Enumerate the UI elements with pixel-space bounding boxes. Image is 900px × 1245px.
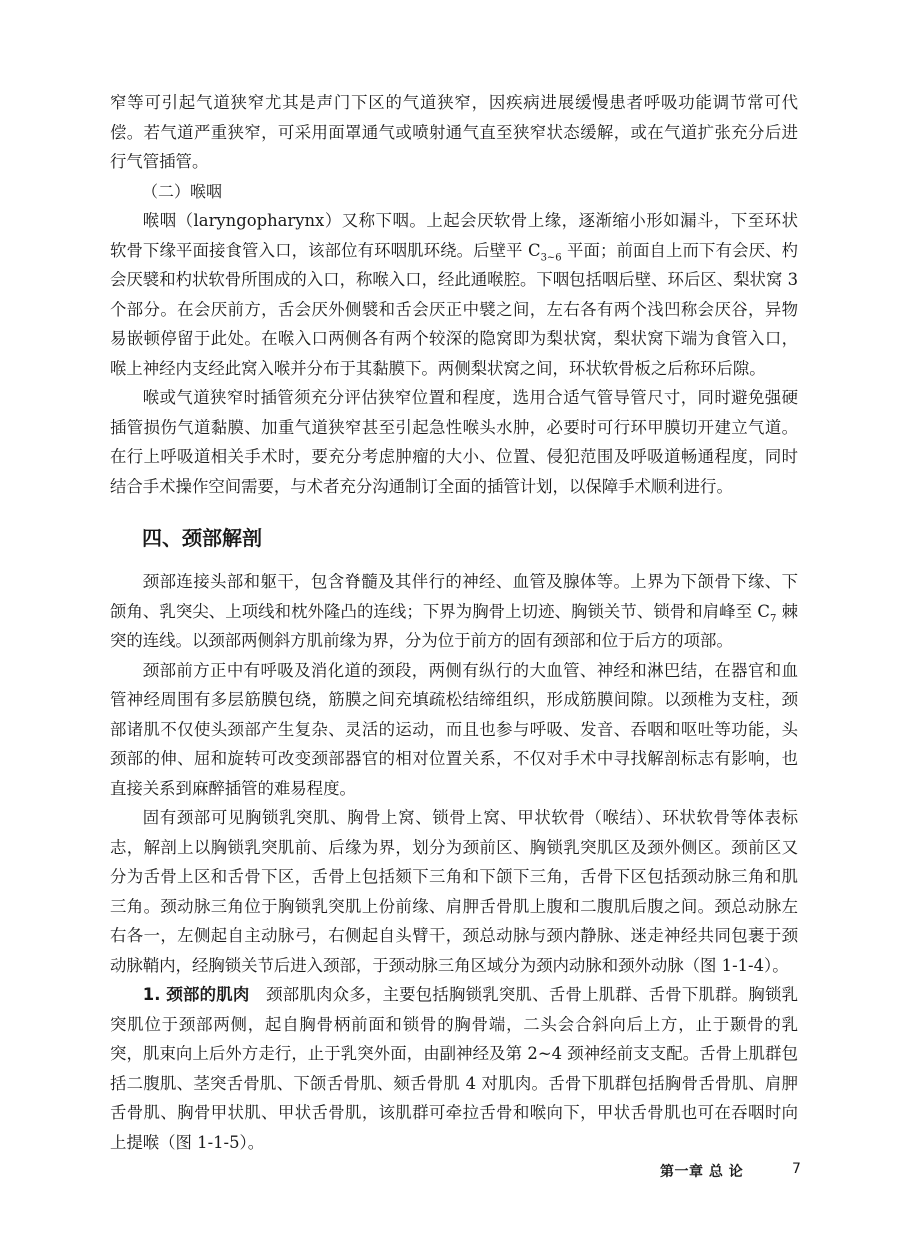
page-body: 窄等可引起气道狭窄尤其是声门下区的气道狭窄，因疾病进展缓慢患者呼吸功能调节常可代… xyxy=(110,88,798,1157)
numbered-heading-neck-muscles: 1. 颈部的肌肉 xyxy=(143,985,250,1004)
paragraph-intubation-stenosis: 喉或气道狭窄时插管须充分评估狭窄位置和程度，选用合适气管导管尺寸，同时避免强硬插… xyxy=(110,383,798,501)
section-title-neck-anatomy: 四、颈部解剖 xyxy=(110,523,798,553)
page-number: 7 xyxy=(792,1161,801,1177)
paragraph-neck-boundaries: 颈部连接头部和躯干，包含脊髓及其伴行的神经、血管及腺体等。上界为下颌骨下缘、下颌… xyxy=(110,567,798,656)
paragraph-laryngopharynx: 喉咽（laryngopharynx）又称下咽。上起会厌软骨上缘，逐渐缩小形如漏斗… xyxy=(110,206,798,383)
paragraph-neck-structure: 颈部前方正中有呼吸及消化道的颈段，两侧有纵行的大血管、神经和淋巴结，在器官和血管… xyxy=(110,656,798,804)
subheading-laryngopharynx: （二）喉咽 xyxy=(110,177,798,207)
paragraph-airway-stenosis: 窄等可引起气道狭窄尤其是声门下区的气道狭窄，因疾病进展缓慢患者呼吸功能调节常可代… xyxy=(110,88,798,177)
paragraph-neck-regions: 固有颈部可见胸锁乳突肌、胸骨上窝、锁骨上窝、甲状软骨（喉结）、环状软骨等体表标志… xyxy=(110,803,798,980)
running-footer-chapter: 第一章 总 论 xyxy=(660,1161,743,1181)
paragraph-neck-muscles: 1. 颈部的肌肉 颈部肌肉众多，主要包括胸锁乳突肌、舌骨上肌群、舌骨下肌群。胸锁… xyxy=(110,980,798,1157)
